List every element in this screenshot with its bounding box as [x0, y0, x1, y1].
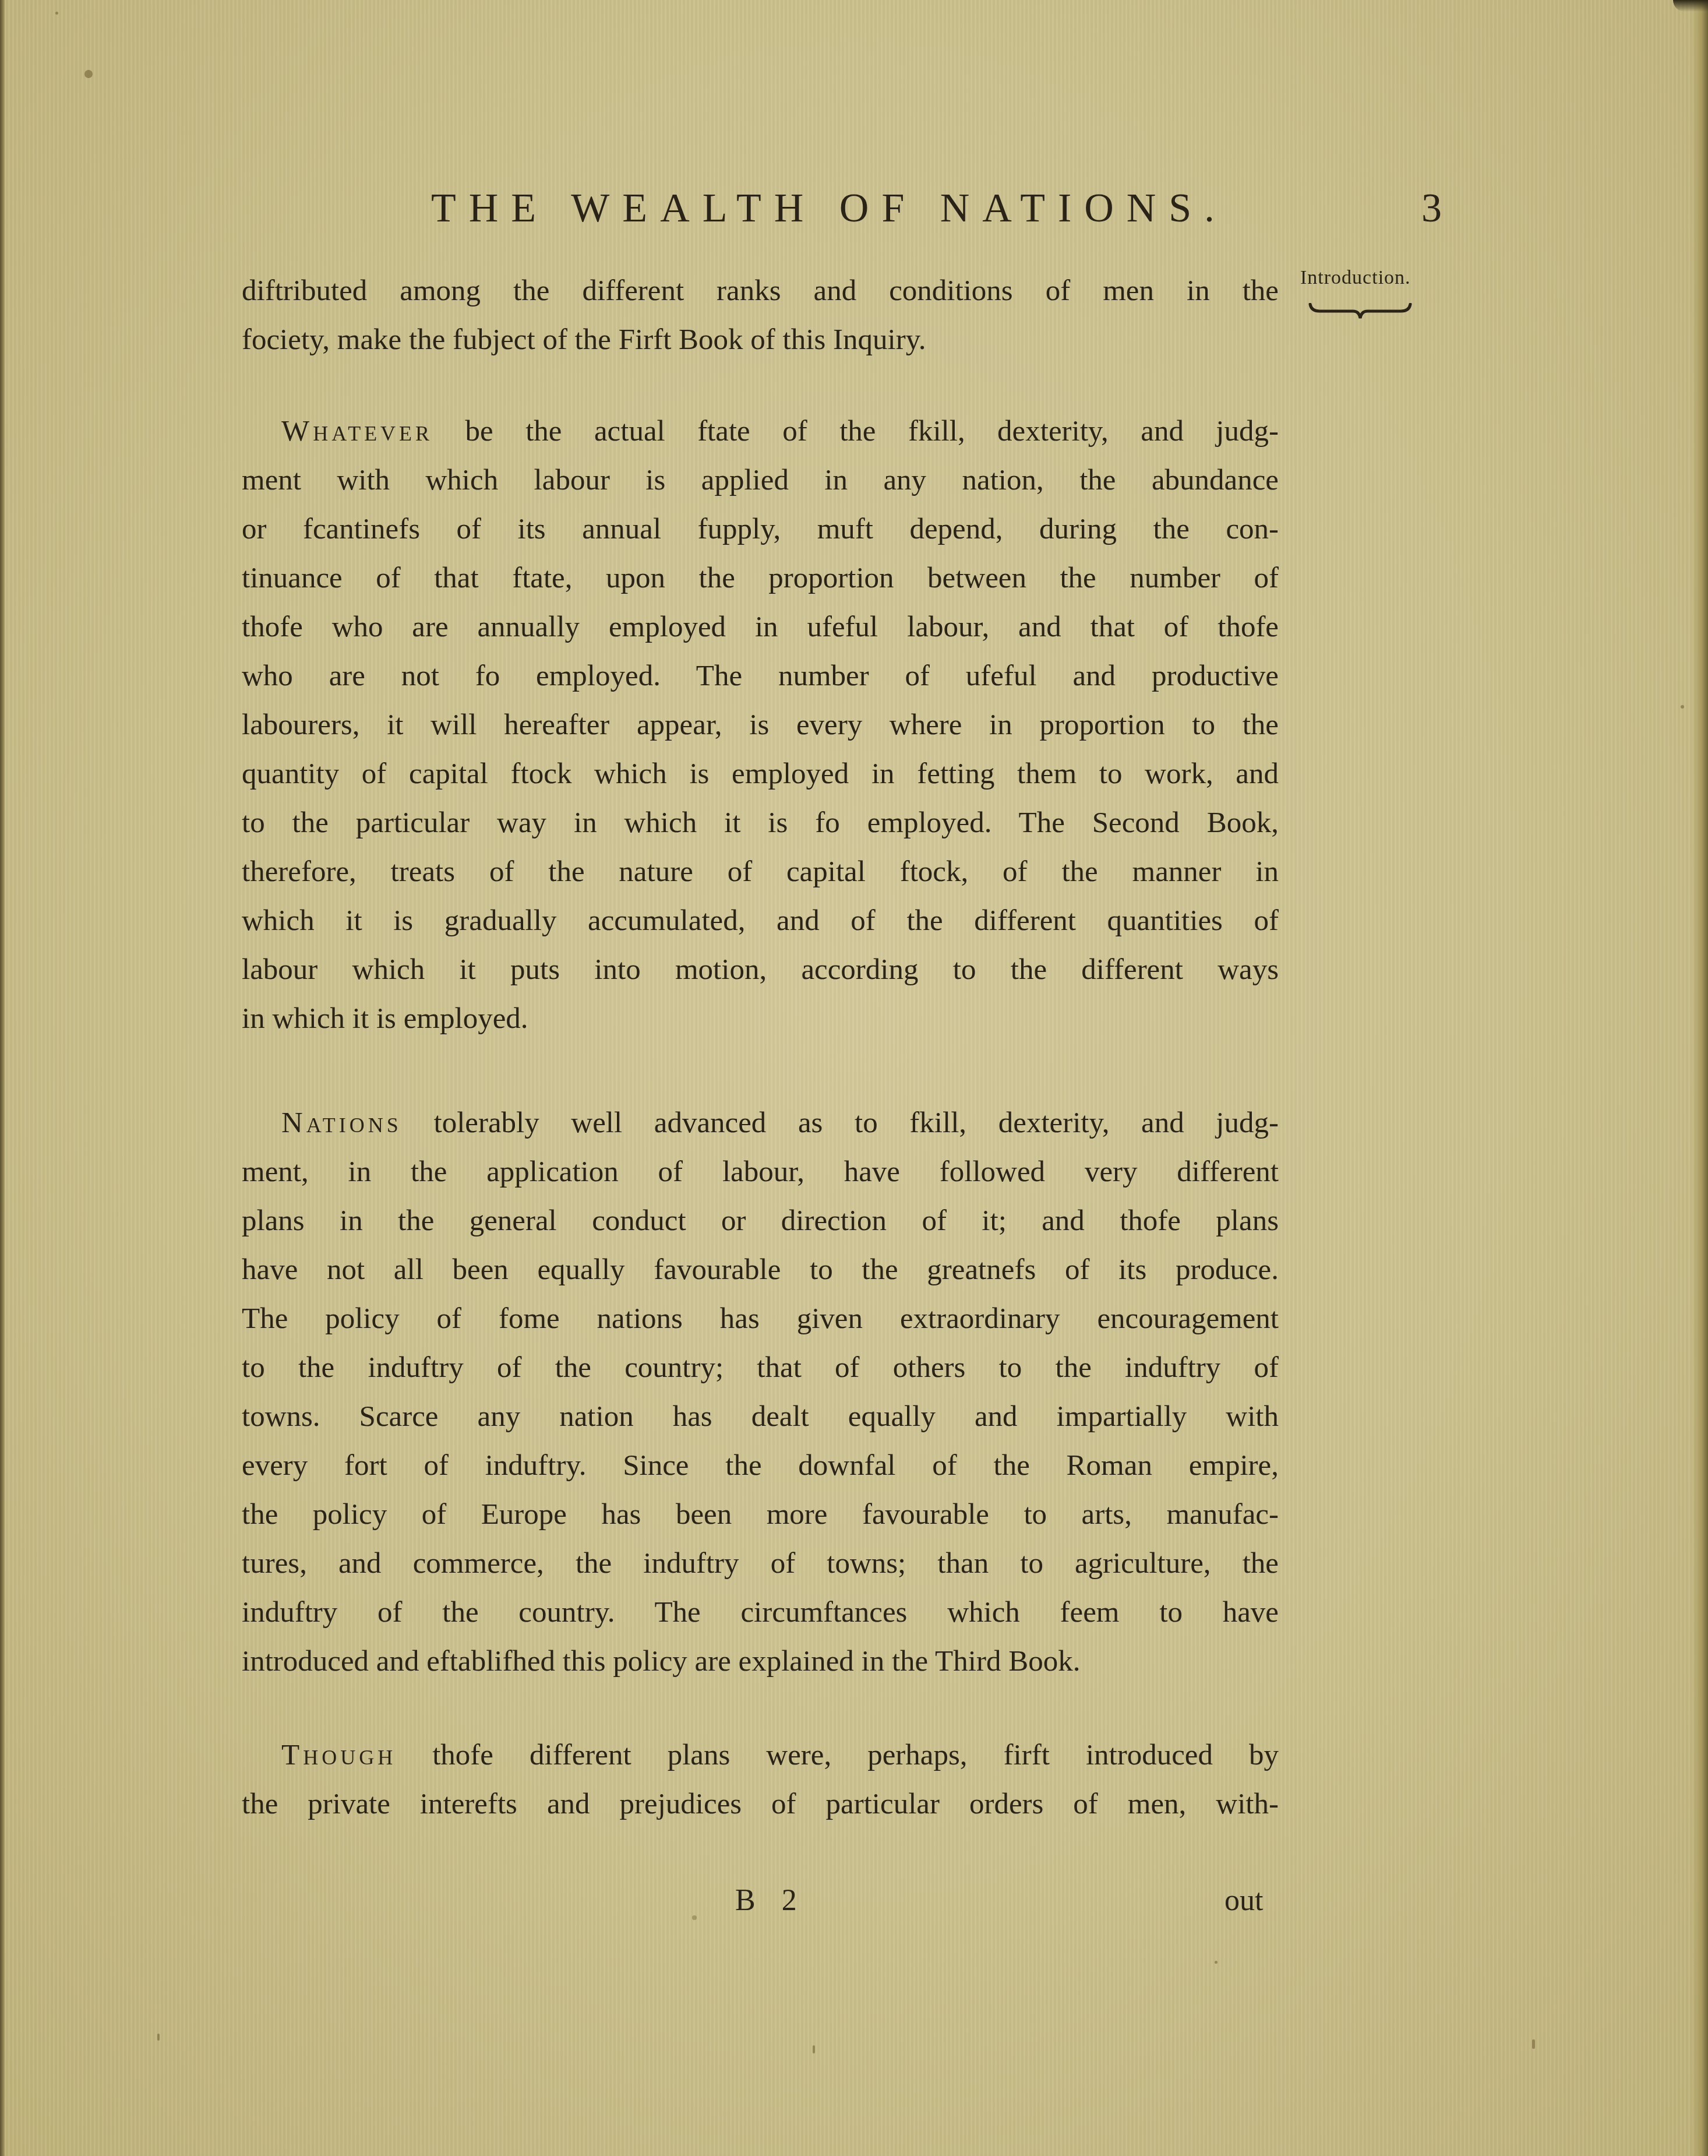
text-line: therefore, treats of the nature of capit…: [242, 847, 1279, 896]
paper-speck: [1215, 1961, 1218, 1964]
text-line: plans in the general conduct or directio…: [242, 1196, 1279, 1245]
text-line: who are not fo employed. The number of u…: [242, 651, 1279, 700]
paper-speck: [1532, 2039, 1535, 2049]
paragraph-1: diftributed among the different ranks an…: [242, 266, 1279, 364]
signature-mark: B 2: [735, 1883, 806, 1918]
paragraph-3: Nations tolerably well advanced as to fk…: [242, 1098, 1279, 1686]
text-line: introduced and eftablifhed this policy a…: [242, 1637, 1279, 1686]
text-line: induftry of the country. The circumftanc…: [242, 1588, 1279, 1637]
paragraph-lead-word: Nations: [281, 1107, 402, 1139]
paragraph-lead-word: Though: [281, 1739, 396, 1771]
text-line: ment with which labour is applied in any…: [242, 456, 1279, 505]
page-left-edge-shadow: [0, 0, 5, 2156]
book-page: THE WEALTH OF NATIONS. 3 Introduction. d…: [0, 0, 1708, 2156]
page-corner-shadow: [1673, 0, 1708, 12]
text-line: in which it is employed.: [242, 994, 1279, 1043]
paragraph-4: Though thofe different plans were, perha…: [242, 1731, 1279, 1829]
text-line: the private interefts and prejudices of …: [242, 1780, 1279, 1829]
curly-brace-icon: [1308, 303, 1413, 320]
text-line-rest: thofe different plans were, perhaps, fir…: [396, 1739, 1279, 1771]
paragraph-lead-word: Whatever: [281, 415, 433, 448]
page-right-edge-shadow: [1692, 0, 1708, 2156]
text-line: the policy of Europe has been more favou…: [242, 1490, 1279, 1539]
paper-speck: [1681, 705, 1684, 709]
paper-speck: [84, 70, 93, 78]
catchword: out: [1224, 1883, 1263, 1918]
text-line-first: Nations tolerably well advanced as to fk…: [242, 1098, 1279, 1147]
text-line-first: Whatever be the actual ftate of the fkil…: [242, 407, 1279, 456]
text-line: tures, and commerce, the induftry of tow…: [242, 1539, 1279, 1588]
text-line: thofe who are annually employed in ufefu…: [242, 603, 1279, 651]
text-line: diftributed among the different ranks an…: [242, 266, 1279, 315]
paragraph-2: Whatever be the actual ftate of the fkil…: [242, 407, 1279, 1043]
paper-speck: [813, 2045, 815, 2053]
page-number: 3: [1421, 185, 1442, 232]
sidenote-introduction: Introduction.: [1300, 267, 1411, 289]
paper-speck: [55, 12, 58, 15]
text-line: which it is gradually accumulated, and o…: [242, 896, 1279, 945]
text-line: have not all been equally favourable to …: [242, 1245, 1279, 1294]
paper-speck: [157, 2034, 160, 2041]
text-line-rest: tolerably well advanced as to fkill, dex…: [402, 1107, 1279, 1139]
text-line: quantity of capital ftock which is emplo…: [242, 749, 1279, 798]
text-line: towns. Scarce any nation has dealt equal…: [242, 1392, 1279, 1441]
text-line: or fcantinefs of its annual fupply, muft…: [242, 505, 1279, 554]
text-line: labourers, it will hereafter appear, is …: [242, 700, 1279, 749]
text-line: ment, in the application of labour, have…: [242, 1147, 1279, 1196]
text-line: fociety, make the fubject of the Firft B…: [242, 315, 1279, 364]
running-title: THE WEALTH OF NATIONS.: [431, 185, 1227, 232]
text-line: tinuance of that ftate, upon the proport…: [242, 554, 1279, 603]
text-line: to the induftry of the country; that of …: [242, 1343, 1279, 1392]
text-line: to the particular way in which it is fo …: [242, 798, 1279, 847]
paper-speck: [692, 1915, 697, 1920]
text-line-rest: be the actual ftate of the fkill, dexter…: [433, 415, 1279, 448]
text-line-first: Though thofe different plans were, perha…: [242, 1731, 1279, 1780]
text-line: The policy of fome nations has given ext…: [242, 1294, 1279, 1343]
text-line: labour which it puts into motion, accord…: [242, 945, 1279, 994]
text-line: every fort of induftry. Since the downfa…: [242, 1441, 1279, 1490]
